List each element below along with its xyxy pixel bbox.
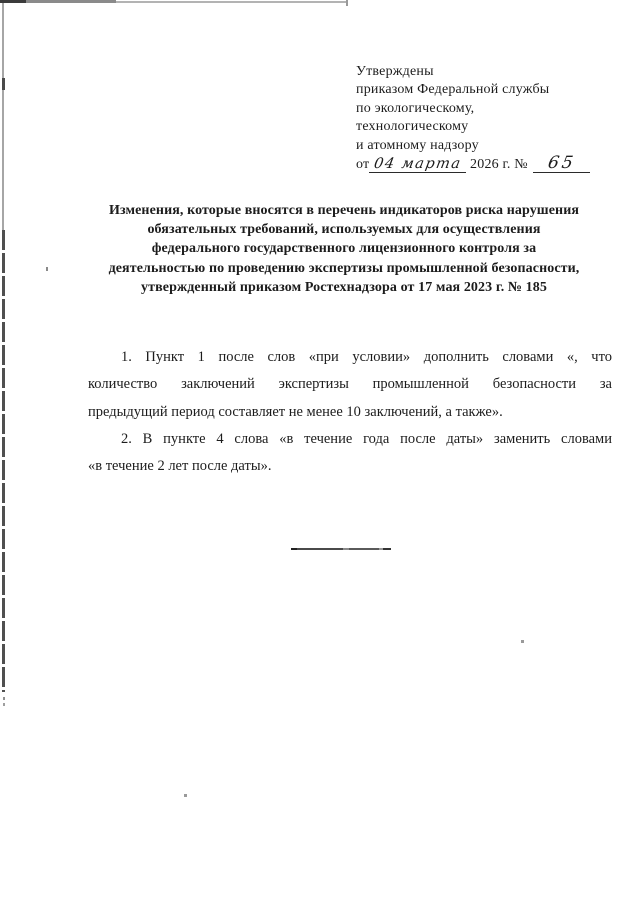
- paragraph-2-line: «в течение 2 лет после даты».: [88, 453, 612, 480]
- scan-speck: [521, 640, 524, 643]
- approval-line: технологическому: [356, 118, 610, 136]
- scan-edge-top-dark: [0, 0, 26, 3]
- approval-stamp-block: Утверждены приказом Федеральной службы п…: [356, 63, 610, 174]
- scanned-document-page: Утверждены приказом Федеральной службы п…: [0, 0, 640, 905]
- section-divider-line: [291, 548, 391, 550]
- scan-edge-left-segment: [2, 90, 4, 230]
- approval-date-line: от04 марта 2026 г. №65: [356, 156, 610, 174]
- scan-speck: [3, 703, 5, 706]
- paragraph-1-line: 1. Пункт 1 после слов «при условии» допо…: [88, 344, 612, 371]
- paragraph-1-line: предыдущий период составляет не менее 10…: [88, 399, 612, 426]
- title-line: деятельностью по проведению экспертизы п…: [86, 259, 602, 278]
- title-line: утвержденный приказом Ростехнадзора от 1…: [86, 278, 602, 297]
- approval-line: приказом Федеральной службы: [356, 81, 610, 99]
- date-prefix-label: от: [356, 157, 369, 172]
- scan-speck: [3, 697, 5, 700]
- scan-speck: [46, 267, 48, 271]
- handwritten-date: 04 марта: [373, 157, 463, 172]
- handwritten-number-field: 65: [533, 156, 590, 173]
- approval-line: по экологическому,: [356, 100, 610, 118]
- title-line: обязательных требований, используемых дл…: [86, 220, 602, 239]
- document-title: Изменения, которые вносятся в перечень и…: [86, 201, 602, 297]
- scan-edge-top-light: [116, 1, 347, 3]
- scan-edge-top-gray: [26, 0, 116, 3]
- scan-edge-top-tick: [346, 0, 348, 6]
- paragraph-2-line: 2. В пункте 4 слова «в течение года посл…: [88, 426, 612, 453]
- scan-edge-left-segment: [2, 3, 4, 78]
- scan-edge-left-dashed: [2, 230, 5, 692]
- scan-edge-left-segment: [2, 78, 5, 90]
- scan-speck: [184, 794, 187, 797]
- handwritten-date-field: 04 марта: [369, 157, 466, 173]
- date-year-label: 2026 г. №: [470, 157, 528, 172]
- title-line: федерального государственного лицензионн…: [86, 239, 602, 258]
- handwritten-number: 65: [546, 156, 576, 171]
- paragraph-1-line: количество заключений экспертизы промышл…: [88, 371, 612, 398]
- approval-line: Утверждены: [356, 63, 610, 81]
- document-body: 1. Пункт 1 после слов «при условии» допо…: [88, 344, 612, 480]
- title-line: Изменения, которые вносятся в перечень и…: [86, 201, 602, 220]
